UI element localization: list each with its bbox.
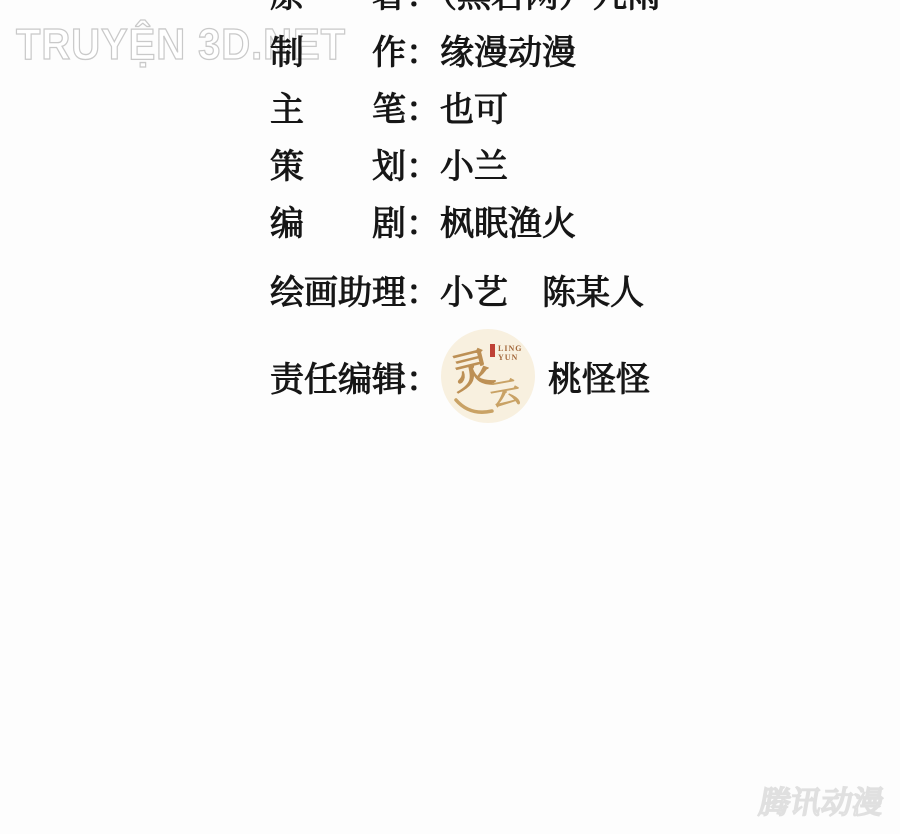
credit-row-art-assistants: 绘画助理：小艺 陈某人 [270,276,644,310]
credit-value: 小兰 [440,148,508,186]
credit-label: 制 作： [270,34,440,72]
logo-seal-icon [490,344,495,357]
lingyun-studio-logo-icon: LING YUN 灵 云 [440,328,536,424]
credit-row-screenwriter: 编 剧：枫眠渔火 [270,207,576,241]
credit-label: 原 著： [270,0,440,15]
credit-label: 责任编辑： [270,352,440,401]
credit-row-chief-editor: 责任编辑： LING YUN 灵 云 桃怪怪 [270,326,650,426]
credit-value: 缘漫动漫 [440,34,576,72]
credit-row-production: 制 作：缘漫动漫 [270,36,576,70]
logo-char-yun: 云 [488,375,523,413]
credit-row-original-work: 原 著：（黑岩网）九雨 [270,0,661,13]
credit-value: 桃怪怪 [548,352,650,401]
credit-value: （黑岩网）九雨 [440,0,661,15]
credit-row-planning: 策 划：小兰 [270,150,508,184]
credit-label: 主 笔： [270,91,440,129]
logo-latin-line2: YUN [498,353,518,362]
credit-label: 编 剧： [270,205,440,243]
credit-value: 小艺 陈某人 [440,274,644,312]
tencent-comics-watermark: 腾讯动漫 [756,777,888,822]
credit-label: 绘画助理： [270,274,440,312]
credit-label: 策 划： [270,148,440,186]
credit-value: 枫眠渔火 [440,205,576,243]
credit-value: 也可 [440,91,508,129]
comic-credits-page: TRUYỆN 3D.NET 原 著：（黑岩网）九雨 制 作：缘漫动漫 主 笔：也… [0,0,900,834]
credit-row-lead-artist: 主 笔：也可 [270,93,508,127]
logo-latin-line1: LING [498,344,522,353]
